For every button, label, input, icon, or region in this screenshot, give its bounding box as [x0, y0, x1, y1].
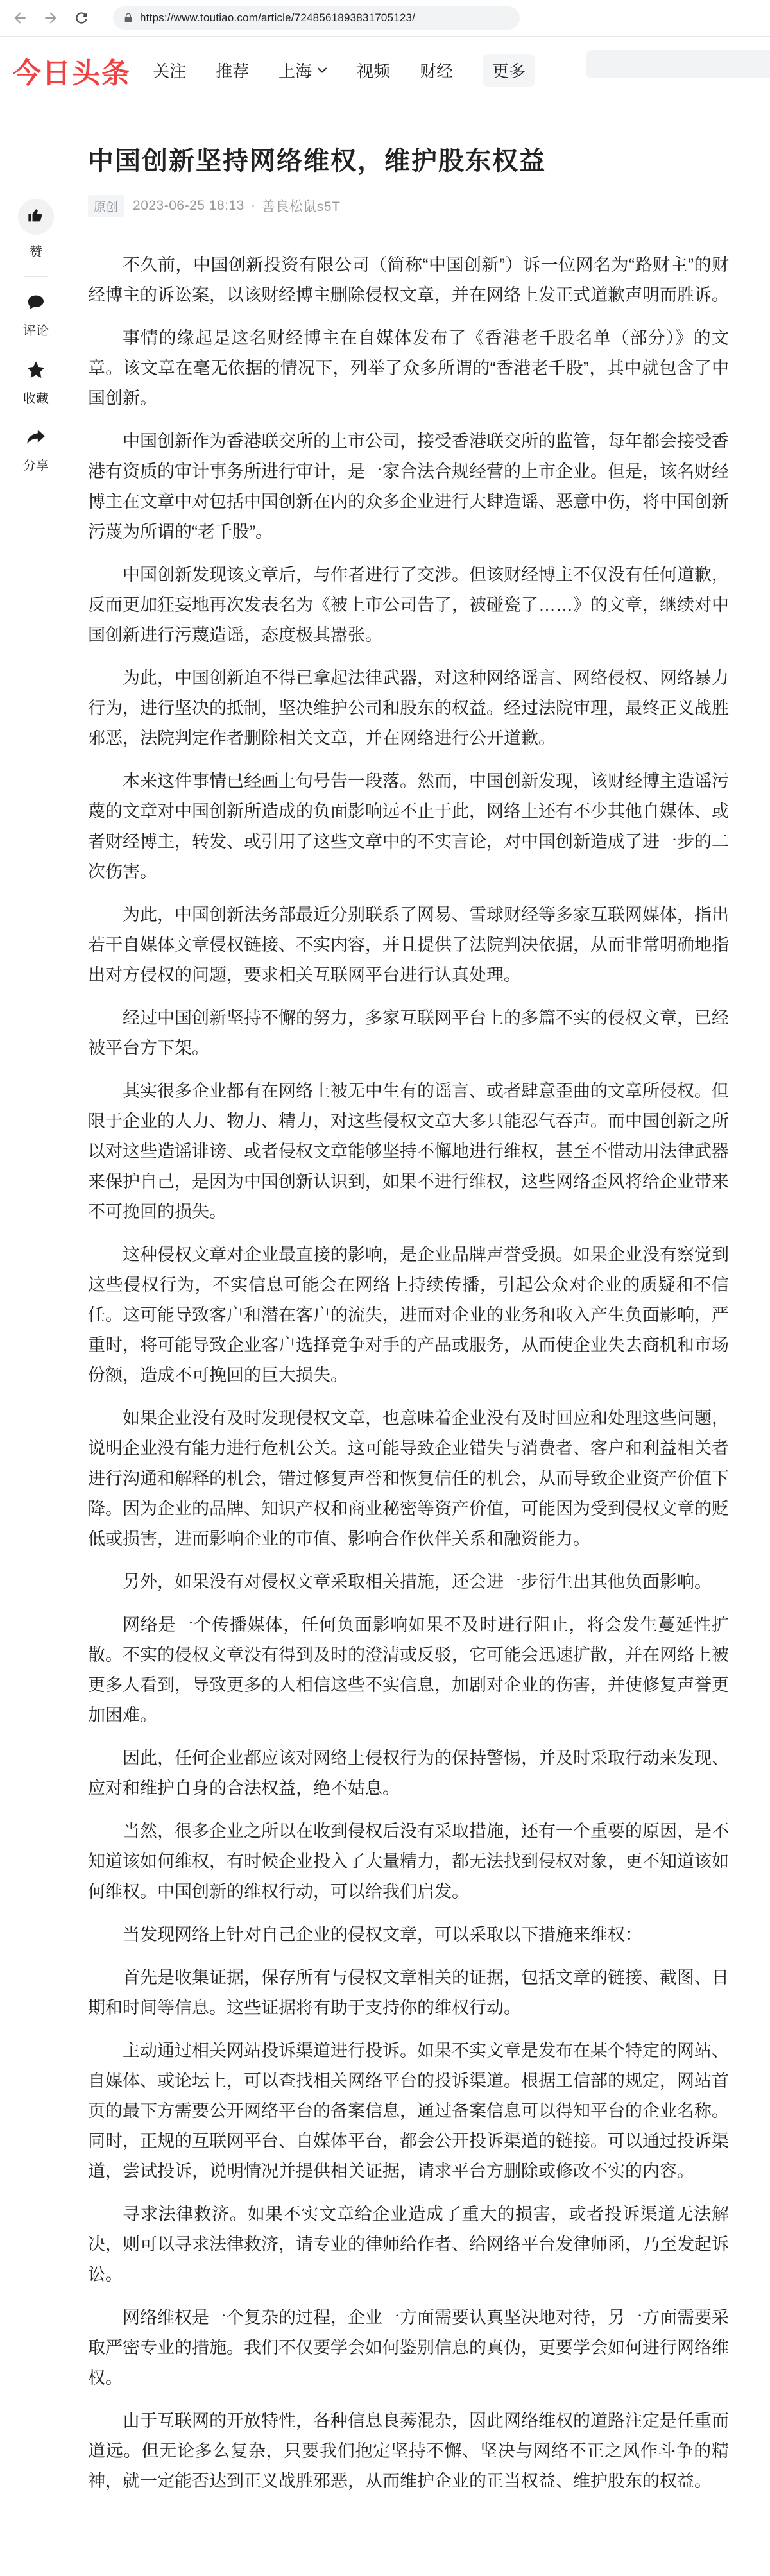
- article-paragraph: 另外，如果没有对侵权文章采取相关措施，还会进一步衍生出其他负面影响。: [88, 1567, 729, 1597]
- nav-item-shanghai[interactable]: 上海: [278, 58, 327, 82]
- nav-item-more[interactable]: 更多: [483, 54, 535, 87]
- article-paragraph: 本来这件事情已经画上句号告一段落。然而，中国创新发现，该财经博主造谣污蔑的文章对…: [88, 767, 729, 887]
- nav-item-label: 财经: [420, 58, 453, 82]
- rail-divider: [24, 276, 48, 277]
- article-paragraph: 为此，中国创新法务部最近分别联系了网易、雪球财经等多家互联网媒体，指出若干自媒体…: [88, 900, 729, 990]
- article-paragraph: 不久前，中国创新投资有限公司（简称“中国创新”）诉一位网名为“路财主”的财经博主…: [88, 250, 729, 310]
- main-nav: 关注 推荐 上海 视频 财经 更多: [153, 54, 535, 87]
- star-icon: [25, 359, 47, 384]
- site-header: 今日头条 关注 推荐 上海 视频 财经 更多: [0, 37, 770, 103]
- favorite-label: 收藏: [18, 388, 54, 407]
- article-paragraph: 网络是一个传播媒体，任何负面影响如果不及时进行阻止，将会发生蔓延性扩散。不实的侵…: [88, 1610, 729, 1731]
- search-box[interactable]: [586, 50, 770, 78]
- article-meta: 原创 2023-06-25 18:13 · 善良松鼠s5T: [88, 195, 729, 217]
- nav-item-video[interactable]: 视频: [357, 58, 390, 82]
- article-paragraph: 寻求法律救济。如果不实文章给企业造成了重大的损害，或者投诉渠道无法解决，则可以寻…: [88, 2199, 729, 2290]
- chevron-down-icon: [317, 67, 327, 74]
- author-name[interactable]: 善良松鼠s5T: [262, 196, 341, 216]
- article-title: 中国创新坚持网络维权，维护股东权益: [88, 103, 729, 180]
- article-paragraph: 中国创新发现该文章后，与作者进行了交涉。但该财经博主不仅没有任何道歉，反而更加狂…: [88, 560, 729, 650]
- comment-button[interactable]: [18, 292, 54, 316]
- url-text: https://www.toutiao.com/article/72485618…: [140, 12, 415, 24]
- back-icon[interactable]: [9, 7, 31, 29]
- comment-bubble-icon: [26, 292, 46, 316]
- article-paragraph: 经过中国创新坚持不懈的努力，多家互联网平台上的多篇不实的侵权文章，已经被平台方下…: [88, 1003, 729, 1063]
- article-paragraph: 为此，中国创新迫不得已拿起法律武器，对这种网络谣言、网络侵权、网络暴力行为，进行…: [88, 663, 729, 754]
- publish-date: 2023-06-25 18:13: [133, 198, 244, 214]
- nav-item-finance[interactable]: 财经: [420, 58, 453, 82]
- action-rail: 赞 评论 收藏 分享: [18, 199, 54, 473]
- article-paragraph: 当然，很多企业之所以在收到侵权后没有采取措施，还有一个重要的原因，是不知道该如何…: [88, 1817, 729, 1907]
- nav-item-label: 视频: [357, 58, 390, 82]
- nav-item-label: 上海: [278, 58, 312, 82]
- forward-icon[interactable]: [40, 7, 62, 29]
- article: 中国创新坚持网络维权，维护股东权益 原创 2023-06-25 18:13 · …: [88, 103, 729, 2509]
- like-label: 赞: [18, 241, 54, 260]
- favorite-button[interactable]: [18, 359, 54, 384]
- address-bar[interactable]: https://www.toutiao.com/article/72485618…: [113, 6, 520, 30]
- padlock-icon: [123, 12, 133, 24]
- reload-icon[interactable]: [71, 7, 92, 29]
- article-paragraph: 这种侵权文章对企业最直接的影响，是企业品牌声誉受损。如果企业没有察觉到这些侵权行…: [88, 1240, 729, 1391]
- nav-item-follow[interactable]: 关注: [153, 58, 186, 82]
- article-paragraph: 由于互联网的开放特性，各种信息良莠混杂，因此网络维权的道路注定是任重而道远。但无…: [88, 2406, 729, 2496]
- like-button[interactable]: [18, 199, 54, 235]
- article-paragraph: 当发现网络上针对自己企业的侵权文章，可以采取以下措施来维权：: [88, 1920, 729, 1950]
- browser-toolbar: https://www.toutiao.com/article/72485618…: [0, 0, 770, 37]
- article-paragraph: 如果企业没有及时发现侵权文章，也意味着企业没有及时回应和处理这些问题，说明企业没…: [88, 1403, 729, 1554]
- nav-item-label: 更多: [492, 58, 526, 82]
- share-label: 分享: [18, 455, 54, 473]
- article-paragraph: 其实很多企业都有在网络上被无中生有的谣言、或者肆意歪曲的文章所侵权。但限于企业的…: [88, 1076, 729, 1227]
- article-paragraph: 事情的缘起是这名财经博主在自媒体发布了《香港老千股名单（部分）》的文章。该文章在…: [88, 323, 729, 414]
- nav-item-label: 推荐: [216, 58, 249, 82]
- article-body: 不久前，中国创新投资有限公司（简称“中国创新”）诉一位网名为“路财主”的财经博主…: [88, 250, 729, 2496]
- thumbs-up-icon: [27, 207, 45, 228]
- article-paragraph: 首先是收集证据，保存所有与侵权文章相关的证据，包括文章的链接、截图、日期和时间等…: [88, 1963, 729, 2023]
- share-arrow-icon: [25, 426, 47, 451]
- article-paragraph: 因此，任何企业都应该对网络上侵权行为的保持警惕，并及时采取行动来发现、应对和维护…: [88, 1743, 729, 1804]
- toutiao-logo[interactable]: 今日头条: [13, 50, 131, 91]
- article-paragraph: 主动通过相关网站投诉渠道进行投诉。如果不实文章是发布在某个特定的网站、自媒体、或…: [88, 2036, 729, 2187]
- comment-label: 评论: [18, 320, 54, 339]
- nav-item-label: 关注: [153, 58, 186, 82]
- article-paragraph: 中国创新作为香港联交所的上市公司，接受香港联交所的监管，每年都会接受香港有资质的…: [88, 427, 729, 547]
- nav-item-recommend[interactable]: 推荐: [216, 58, 249, 82]
- share-button[interactable]: [18, 426, 54, 451]
- original-badge: 原创: [88, 195, 124, 217]
- meta-separator: ·: [251, 198, 255, 214]
- article-paragraph: 网络维权是一个复杂的过程，企业一方面需要认真坚决地对待，另一方面需要采取严密专业…: [88, 2303, 729, 2393]
